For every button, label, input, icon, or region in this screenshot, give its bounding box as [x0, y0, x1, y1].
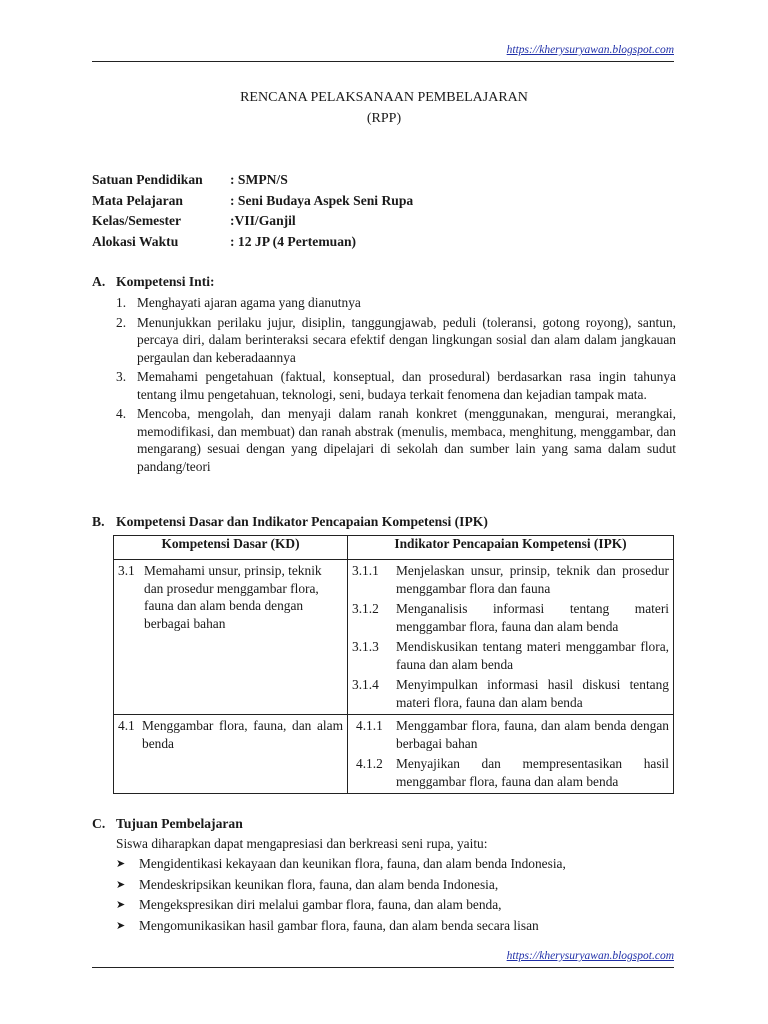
section-letter: B. — [92, 514, 116, 530]
list-item: ➤Mengekspresikan diri melalui gambar flo… — [116, 895, 676, 916]
ipk-cell: 4.1.1Menggambar flora, fauna, dan alam b… — [348, 715, 674, 794]
kd-cell: 3.1Memahami unsur, prinsip, teknik dan p… — [114, 560, 348, 715]
kd-code: 3.1 — [118, 562, 144, 632]
item-text: Menunjukkan perilaku jujur, disiplin, ta… — [137, 314, 676, 367]
identity-row: Kelas/Semester:VII/Ganjil — [92, 213, 296, 229]
ipk-code: 3.1.1 — [352, 562, 396, 597]
arrow-bullet-icon: ➤ — [116, 895, 139, 916]
document-title: RENCANA PELAKSANAAN PEMBELAJARAN — [0, 90, 768, 106]
section-letter: C. — [92, 816, 116, 832]
table-row: 3.1Memahami unsur, prinsip, teknik dan p… — [114, 560, 674, 715]
identity-value: : SMPN/S — [230, 172, 288, 187]
list-item: 4.Mencoba, mengolah, dan menyaji dalam r… — [116, 405, 676, 475]
section-title: Tujuan Pembelajaran — [116, 816, 243, 831]
section-c-heading: C.Tujuan Pembelajaran — [92, 816, 243, 832]
header-rule — [92, 61, 674, 62]
item-text: Mengidentikasi kekayaan dan keunikan flo… — [139, 854, 566, 875]
section-title: Kompetensi Inti: — [116, 274, 215, 289]
ipk-item: 3.1.2Menganalisis informasi tentang mate… — [352, 600, 669, 635]
section-letter: A. — [92, 274, 116, 290]
ipk-code: 3.1.3 — [352, 638, 396, 673]
identity-value: : Seni Budaya Aspek Seni Rupa — [230, 193, 413, 208]
identity-value: : 12 JP (4 Pertemuan) — [230, 234, 356, 249]
ipk-code: 4.1.2 — [356, 755, 396, 790]
column-header-ipk: Indikator Pencapaian Kompetensi (IPK) — [348, 536, 674, 560]
item-number: 4. — [116, 405, 137, 475]
item-text: Menghayati ajaran agama yang dianutnya — [137, 294, 676, 312]
kompetensi-inti-list: 1.Menghayati ajaran agama yang dianutnya… — [116, 294, 676, 477]
item-text: Mengekspresikan diri melalui gambar flor… — [139, 895, 502, 916]
section-a-heading: A.Kompetensi Inti: — [92, 274, 215, 290]
item-number: 1. — [116, 294, 137, 312]
ipk-item: 4.1.1Menggambar flora, fauna, dan alam b… — [356, 717, 669, 752]
tujuan-list: ➤Mengidentikasi kekayaan dan keunikan fl… — [116, 854, 676, 936]
kd-cell: 4.1Menggambar flora, fauna, dan alam ben… — [114, 715, 348, 794]
identity-row: Alokasi Waktu: 12 JP (4 Pertemuan) — [92, 234, 356, 250]
item-text: Mendeskripsikan keunikan flora, fauna, d… — [139, 875, 498, 896]
list-item: ➤Mengomunikasikan hasil gambar flora, fa… — [116, 916, 676, 937]
ipk-code: 3.1.2 — [352, 600, 396, 635]
ipk-text: Menjelaskan unsur, prinsip, teknik dan p… — [396, 562, 669, 597]
ipk-code: 3.1.4 — [352, 676, 396, 711]
identity-label: Kelas/Semester — [92, 213, 230, 229]
identity-value: :VII/Ganjil — [230, 213, 296, 228]
ipk-text: Menyajikan dan mempresentasikan hasil me… — [396, 755, 669, 790]
list-item: ➤Mendeskripsikan keunikan flora, fauna, … — [116, 875, 676, 896]
identity-row: Mata Pelajaran: Seni Budaya Aspek Seni R… — [92, 193, 413, 209]
section-b-heading: B.Kompetensi Dasar dan Indikator Pencapa… — [92, 514, 488, 530]
kd-text: Menggambar flora, fauna, dan alam benda — [142, 717, 343, 752]
ipk-text: Menggambar flora, fauna, dan alam benda … — [396, 717, 669, 752]
identity-label: Alokasi Waktu — [92, 234, 230, 250]
kd-text: Memahami unsur, prinsip, teknik dan pros… — [144, 562, 343, 632]
arrow-bullet-icon: ➤ — [116, 916, 139, 937]
table-header-row: Kompetensi Dasar (KD) Indikator Pencapai… — [114, 536, 674, 560]
item-number: 3. — [116, 368, 137, 403]
list-item: 3.Memahami pengetahuan (faktual, konsept… — [116, 368, 676, 403]
footer-blog-link[interactable]: https://kherysuryawan.blogspot.com — [507, 950, 674, 962]
ipk-item: 3.1.4Menyimpulkan informasi hasil diskus… — [352, 676, 669, 711]
section-title: Kompetensi Dasar dan Indikator Pencapaia… — [116, 514, 488, 529]
footer-rule — [92, 967, 674, 968]
list-item: 1.Menghayati ajaran agama yang dianutnya — [116, 294, 676, 312]
item-text: Memahami pengetahuan (faktual, konseptua… — [137, 368, 676, 403]
item-number: 2. — [116, 314, 137, 367]
column-header-kd: Kompetensi Dasar (KD) — [114, 536, 348, 560]
table-row: 4.1Menggambar flora, fauna, dan alam ben… — [114, 715, 674, 794]
identity-label: Mata Pelajaran — [92, 193, 230, 209]
identity-row: Satuan Pendidikan: SMPN/S — [92, 172, 288, 188]
document-subtitle: (RPP) — [0, 111, 768, 127]
ipk-item: 4.1.2Menyajikan dan mempresentasikan has… — [356, 755, 669, 790]
arrow-bullet-icon: ➤ — [116, 875, 139, 896]
ipk-text: Mendiskusikan tentang materi menggambar … — [396, 638, 669, 673]
list-item: 2.Menunjukkan perilaku jujur, disiplin, … — [116, 314, 676, 367]
arrow-bullet-icon: ➤ — [116, 854, 139, 875]
identity-label: Satuan Pendidikan — [92, 172, 230, 188]
ipk-code: 4.1.1 — [356, 717, 396, 752]
header-blog-link[interactable]: https://kherysuryawan.blogspot.com — [507, 44, 674, 56]
ipk-item: 3.1.1Menjelaskan unsur, prinsip, teknik … — [352, 562, 669, 597]
ipk-text: Menganalisis informasi tentang materi me… — [396, 600, 669, 635]
kd-code: 4.1 — [118, 717, 142, 752]
item-text: Mencoba, mengolah, dan menyaji dalam ran… — [137, 405, 676, 475]
list-item: ➤Mengidentikasi kekayaan dan keunikan fl… — [116, 854, 676, 875]
item-text: Mengomunikasikan hasil gambar flora, fau… — [139, 916, 539, 937]
kd-ipk-table: Kompetensi Dasar (KD) Indikator Pencapai… — [113, 535, 674, 794]
tujuan-intro: Siswa diharapkan dapat mengapresiasi dan… — [116, 836, 487, 852]
ipk-cell: 3.1.1Menjelaskan unsur, prinsip, teknik … — [348, 560, 674, 715]
ipk-item: 3.1.3Mendiskusikan tentang materi mengga… — [352, 638, 669, 673]
ipk-text: Menyimpulkan informasi hasil diskusi ten… — [396, 676, 669, 711]
